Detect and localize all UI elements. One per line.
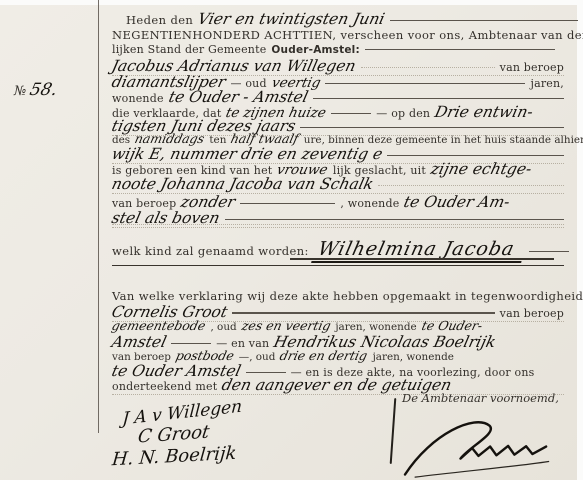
printed-gemeente-name: Ouder-Amstel:	[271, 44, 359, 56]
fill-rule	[246, 372, 286, 373]
fill-rule	[529, 251, 569, 252]
fill-rule	[232, 312, 494, 314]
handwritten-witness1-occupation: gemeentebode	[110, 318, 207, 333]
fill-rule	[365, 49, 555, 50]
fill-rule	[387, 155, 564, 156]
printed-heden-den: Heden den	[126, 13, 193, 27]
act-number-label: №	[14, 84, 26, 99]
handwritten-date: Vier en twintigsten Juni	[196, 10, 387, 28]
line-date: Heden den Vier en twintigsten Juni	[112, 10, 578, 28]
handwritten-witness2-occupation: postbode	[174, 348, 235, 363]
section-divider-rule	[112, 265, 564, 266]
fill-rule	[361, 67, 495, 68]
line-gemeente: lijken Stand der Gemeente Ouder-Amstel:	[112, 43, 564, 56]
line-witness2-details: van beroep postbode —, oud drie en derti…	[112, 348, 564, 363]
line-blank-dotted	[112, 227, 564, 228]
printed-onderteekend: onderteekend met	[112, 380, 217, 393]
handwritten-witness1-residence-part1: te Ouder-	[420, 318, 484, 333]
fill-rule	[390, 20, 578, 21]
printed-witness-intro: Van welke verklaring wij deze akte hebbe…	[112, 289, 583, 303]
printed-jaren-wonende-w1: jaren, wonende	[335, 321, 416, 333]
fill-rule	[325, 83, 525, 84]
child-name-underline	[290, 258, 554, 260]
official-signature-flourish	[397, 403, 556, 480]
scanned-birth-certificate: № 58. Heden den Vier en twintigsten Juni…	[0, 0, 583, 480]
line-mother-residence-cont: stel als boven	[112, 209, 564, 228]
line-witness1-details: gemeentebode , oud zes en veertig jaren,…	[112, 318, 564, 333]
left-margin-rule	[98, 0, 99, 433]
fill-rule	[225, 219, 565, 220]
fill-rule	[313, 98, 565, 99]
fill-rule	[240, 203, 335, 204]
fill-rule	[331, 113, 371, 114]
printed-welk-kind: welk kind zal genaamd worden:	[112, 244, 309, 258]
line-birthtime: des namiddags ten half twaalf ure, binne…	[112, 131, 564, 146]
handwritten-witness2-age: drie en dertig	[279, 348, 370, 363]
handwritten-witness1-age: zes en veertig	[240, 318, 332, 333]
act-number: № 58.	[14, 80, 58, 100]
fill-rule	[378, 185, 564, 186]
printed-oud-w1: , oud	[210, 321, 236, 333]
line-witness-intro: Van welke verklaring wij deze akte hebbe…	[112, 289, 564, 303]
printed-year-line: NEGENTIENHONDERD ACHTTIEN, verscheen voo…	[112, 28, 583, 42]
fill-rule	[171, 343, 211, 344]
act-number-value: 58.	[28, 80, 60, 100]
fill-rule	[300, 127, 564, 128]
handwritten-hour: half twaalf	[230, 131, 301, 146]
dotted-blank-rule	[112, 224, 564, 225]
signature-squiggle-icon	[397, 403, 555, 480]
printed-gemeente-prefix: lijken Stand der Gemeente	[112, 43, 266, 56]
line-year: NEGENTIENHONDERD ACHTTIEN, verscheen voo…	[112, 28, 564, 42]
handwritten-mother-name: noote Johanna Jacoba van Schalk	[110, 175, 375, 193]
line-mother-name: noote Johanna Jacoba van Schalk	[112, 175, 564, 194]
handwritten-daypart: namiddags	[133, 131, 206, 146]
